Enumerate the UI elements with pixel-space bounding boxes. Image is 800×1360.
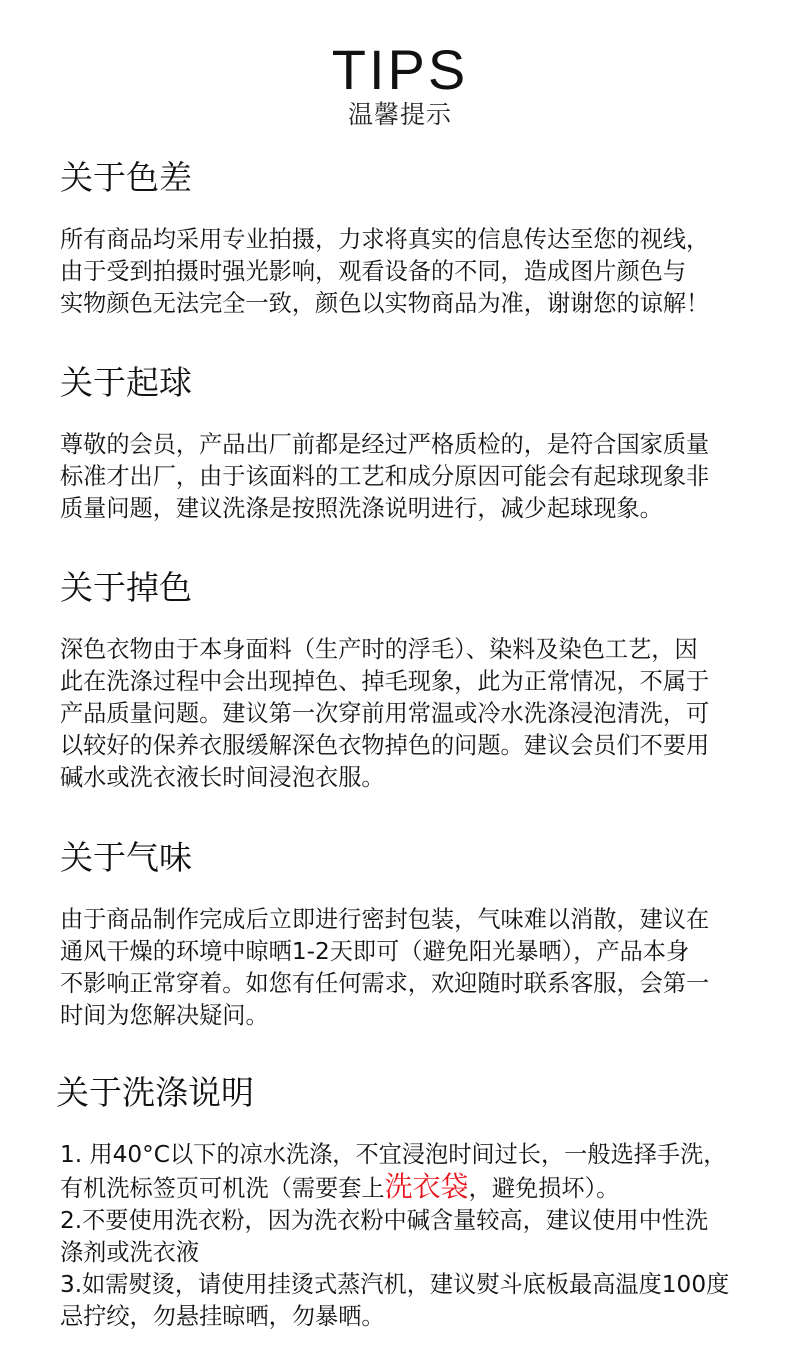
section-body: 所有商品均采用专业拍摄，力求将真实的信息传达至您的视线， 由于受到拍摄时强光影响… xyxy=(60,224,790,320)
page-subtitle: 温馨提示 xyxy=(0,100,800,130)
section-body: 深色衣物由于本身面料（生产时的浮毛）、染料及染色工艺，因 此在洗涤过程中会出现掉… xyxy=(60,634,790,794)
body-line: 尊敬的会员，产品出厂前都是经过严格质检的，是符合国家质量 xyxy=(60,429,790,461)
body-line: 涤剂或洗衣液 xyxy=(60,1237,786,1269)
body-line: 忌拧绞，勿悬挂晾晒，勿暴晒。 xyxy=(60,1301,786,1333)
body-line-with-highlight: 有机洗标签页可机洗（需要套上洗衣袋，避免损坏）。 xyxy=(60,1171,786,1205)
body-line: 质量问题，建议洗涤是按照洗涤说明进行，减少起球现象。 xyxy=(60,493,790,525)
body-line: 由于受到拍摄时强光影响，观看设备的不同，造成图片颜色与 xyxy=(60,256,790,288)
body-line: 以较好的保养衣服缓解深色衣物掉色的问题。建议会员们不要用 xyxy=(60,730,790,762)
body-line: 深色衣物由于本身面料（生产时的浮毛）、染料及染色工艺，因 xyxy=(60,634,790,666)
section-title: 关于起球 xyxy=(60,363,790,403)
body-line: 通风干燥的环境中晾晒1-2天即可（避免阳光暴晒），产品本身 xyxy=(60,936,790,968)
highlight-after: ，避免损坏）。 xyxy=(469,1175,620,1202)
body-line: 1. 用40°C以下的凉水洗涤，不宜浸泡时间过长，一般选择手洗， xyxy=(60,1139,786,1171)
section-title: 关于色差 xyxy=(60,158,790,198)
section-body: 1. 用40°C以下的凉水洗涤，不宜浸泡时间过长，一般选择手洗， 有机洗标签页可… xyxy=(60,1139,786,1333)
body-line: 此在洗涤过程中会出现掉色、掉毛现象，此为正常情况，不属于 xyxy=(60,666,790,698)
body-line: 碱水或洗衣液长时间浸泡衣服。 xyxy=(60,762,790,794)
body-line: 标准才出厂，由于该面料的工艺和成分原因可能会有起球现象非 xyxy=(60,461,790,493)
body-line: 不影响正常穿着。如您有任何需求，欢迎随时联系客服，会第一 xyxy=(60,968,790,1000)
section-body: 尊敬的会员，产品出厂前都是经过严格质检的，是符合国家质量 标准才出厂，由于该面料… xyxy=(60,429,790,525)
body-line: 时间为您解决疑问。 xyxy=(60,1000,790,1032)
section-pilling: 关于起球 尊敬的会员，产品出厂前都是经过严格质检的，是符合国家质量 标准才出厂，… xyxy=(60,363,790,525)
tips-header: TIPS 温馨提示 xyxy=(0,38,800,130)
section-odor: 关于气味 由于商品制作完成后立即进行密封包装，气味难以消散，建议在 通风干燥的环… xyxy=(60,838,790,1032)
body-line: 3.如需熨烫，请使用挂烫式蒸汽机，建议熨斗底板最高温度100度 xyxy=(60,1269,786,1301)
section-washing-instructions: 关于洗涤说明 1. 用40°C以下的凉水洗涤，不宜浸泡时间过长，一般选择手洗， … xyxy=(56,1073,786,1333)
section-color-difference: 关于色差 所有商品均采用专业拍摄，力求将真实的信息传达至您的视线， 由于受到拍摄… xyxy=(60,158,790,320)
highlight-before: 有机洗标签页可机洗（需要套上 xyxy=(60,1175,385,1202)
page-title: TIPS xyxy=(0,38,800,102)
laundry-bag-highlight: 洗衣袋 xyxy=(385,1170,469,1203)
body-line: 所有商品均采用专业拍摄，力求将真实的信息传达至您的视线， xyxy=(60,224,790,256)
section-body: 由于商品制作完成后立即进行密封包装，气味难以消散，建议在 通风干燥的环境中晾晒1… xyxy=(60,904,790,1032)
body-line: 产品质量问题。建议第一次穿前用常温或冷水洗涤浸泡清洗，可 xyxy=(60,698,790,730)
section-title: 关于掉色 xyxy=(60,568,790,608)
body-line: 2.不要使用洗衣粉，因为洗衣粉中碱含量较高，建议使用中性洗 xyxy=(60,1205,786,1237)
section-title: 关于洗涤说明 xyxy=(56,1073,786,1113)
body-line: 由于商品制作完成后立即进行密封包装，气味难以消散，建议在 xyxy=(60,904,790,936)
section-color-fading: 关于掉色 深色衣物由于本身面料（生产时的浮毛）、染料及染色工艺，因 此在洗涤过程… xyxy=(60,568,790,794)
section-title: 关于气味 xyxy=(60,838,790,878)
body-line: 实物颜色无法完全一致，颜色以实物商品为准，谢谢您的谅解！ xyxy=(60,288,790,320)
